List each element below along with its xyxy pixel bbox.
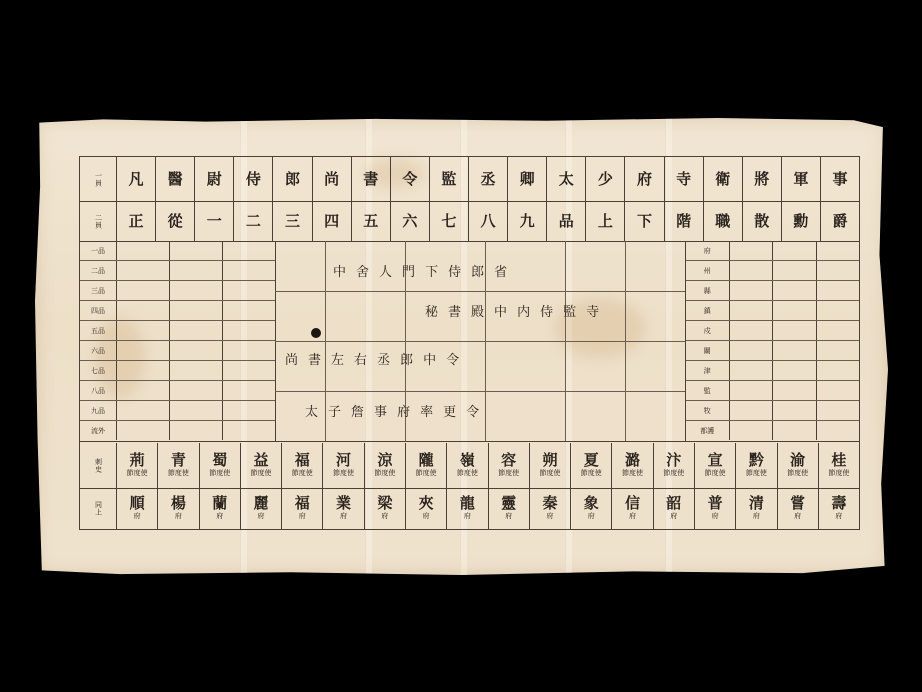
office-row: 中舍人門下侍郎省 <box>333 261 517 280</box>
top-band-2: 二員 正 從 一 二 三 四 五 六 七 八 九 品 上 下 階 職 散 勳 爵 <box>80 201 859 242</box>
top-cell: 丞 <box>469 157 508 201</box>
top-cell: 衛 <box>704 157 743 201</box>
top-cell: 太 <box>547 157 586 201</box>
prefecture-cell: 象府 <box>571 488 612 529</box>
bottom-band-1: 刺史 荊節度使 青節度使 蜀節度使 益節度使 福節度使 河節度使 涼節度使 隴節… <box>80 443 859 489</box>
bottom-band-2: 同上 順府 楊府 蘭府 麗府 福府 業府 梁府 夾府 龍府 靈府 秦府 象府 信… <box>80 488 859 529</box>
governor-cell: 荊節度使 <box>117 443 158 488</box>
prefecture-cell: 業府 <box>323 488 364 529</box>
row-label: 二員 <box>80 201 117 241</box>
left-rank-table: 一品 二品 三品 四品 五品 六品 七品 八品 九品 流外 <box>80 241 276 441</box>
top-cell: 侍 <box>234 157 273 201</box>
rank-row: 一品 <box>80 241 275 261</box>
region-row: 監 <box>686 381 859 401</box>
prefecture-cell: 福府 <box>282 488 323 529</box>
row-label: 一員 <box>80 157 117 201</box>
top-cell: 卿 <box>508 157 547 201</box>
prefecture-cell: 韶府 <box>654 488 695 529</box>
top-cell: 職 <box>704 201 743 241</box>
region-row: 鎮 <box>686 301 859 321</box>
governor-cell: 容節度使 <box>489 443 530 488</box>
top-cell: 散 <box>743 201 782 241</box>
governor-cell: 福節度使 <box>282 443 323 488</box>
prefecture-cell: 靈府 <box>489 488 530 529</box>
office-row: 尚書左右丞郎中令 <box>285 349 469 368</box>
top-cell: 郎 <box>273 157 312 201</box>
top-cell: 四 <box>313 201 352 241</box>
top-cell: 少 <box>586 157 625 201</box>
top-cell: 事 <box>821 157 859 201</box>
governor-cell: 桂節度使 <box>819 443 859 488</box>
top-cell: 上 <box>586 201 625 241</box>
top-cell: 尉 <box>195 157 234 201</box>
rank-row: 四品 <box>80 301 275 321</box>
center-office-zone: 中舍人門下侍郎省 尚書左右丞郎中令 秘書殿中内侍監寺 太子詹事府率更令 <box>275 241 685 441</box>
prefecture-cell: 信府 <box>612 488 653 529</box>
region-row: 關 <box>686 341 859 361</box>
region-row: 戍 <box>686 321 859 341</box>
governor-cell: 蜀節度使 <box>200 443 241 488</box>
prefecture-cell: 夾府 <box>406 488 447 529</box>
row-label: 同上 <box>80 488 117 529</box>
top-cell: 勳 <box>782 201 821 241</box>
top-cell: 九 <box>508 201 547 241</box>
top-cell: 書 <box>352 157 391 201</box>
top-cell: 爵 <box>821 201 859 241</box>
rank-row: 八品 <box>80 381 275 401</box>
governor-cell: 河節度使 <box>323 443 364 488</box>
region-row: 牧 <box>686 401 859 421</box>
top-band-1: 一員 凡 醫 尉 侍 郎 尚 書 令 監 丞 卿 太 少 府 寺 衛 將 軍 事 <box>80 157 859 202</box>
prefecture-cell: 蘭府 <box>200 488 241 529</box>
prefecture-cell: 麗府 <box>241 488 282 529</box>
governor-cell: 夏節度使 <box>571 443 612 488</box>
prefecture-cell: 秦府 <box>530 488 571 529</box>
top-cell: 將 <box>743 157 782 201</box>
rank-row: 五品 <box>80 321 275 341</box>
region-row: 縣 <box>686 281 859 301</box>
top-cell: 寺 <box>665 157 704 201</box>
rank-row: 九品 <box>80 401 275 421</box>
top-cell: 下 <box>625 201 664 241</box>
top-cell: 八 <box>469 201 508 241</box>
governor-cell: 汴節度使 <box>654 443 695 488</box>
top-cell: 監 <box>430 157 469 201</box>
prefecture-cell: 順府 <box>117 488 158 529</box>
top-cell: 從 <box>156 201 195 241</box>
governor-cell: 黔節度使 <box>736 443 777 488</box>
rank-row: 三品 <box>80 281 275 301</box>
prefecture-cell: 壽府 <box>819 488 859 529</box>
chart-grid: 一員 凡 醫 尉 侍 郎 尚 書 令 監 丞 卿 太 少 府 寺 衛 將 軍 事… <box>79 156 860 530</box>
prefecture-cell: 嘗府 <box>778 488 819 529</box>
top-cell: 令 <box>391 157 430 201</box>
office-row: 秘書殿中内侍監寺 <box>425 301 609 320</box>
top-cell: 五 <box>352 201 391 241</box>
rank-row: 二品 <box>80 261 275 281</box>
top-cell: 六 <box>391 201 430 241</box>
right-region-table: 府 州 縣 鎮 戍 關 津 監 牧 都護 <box>685 241 859 441</box>
top-cell: 凡 <box>117 157 156 201</box>
rank-row: 流外 <box>80 421 275 440</box>
governor-cell: 嶺節度使 <box>447 443 488 488</box>
governor-cell: 涼節度使 <box>365 443 406 488</box>
region-row: 都護 <box>686 421 859 440</box>
region-row: 津 <box>686 361 859 381</box>
prefecture-cell: 普府 <box>695 488 736 529</box>
top-cell: 二 <box>234 201 273 241</box>
top-cell: 七 <box>430 201 469 241</box>
top-cell: 一 <box>195 201 234 241</box>
top-cell: 尚 <box>313 157 352 201</box>
top-cell: 府 <box>625 157 664 201</box>
governor-cell: 渝節度使 <box>778 443 819 488</box>
governor-cell: 朔節度使 <box>530 443 571 488</box>
top-cell: 階 <box>665 201 704 241</box>
governor-cell: 青節度使 <box>158 443 199 488</box>
rank-row: 六品 <box>80 341 275 361</box>
governor-cell: 宣節度使 <box>695 443 736 488</box>
middle-region: 一品 二品 三品 四品 五品 六品 七品 八品 九品 流外 中舍人門下侍郎省 <box>80 241 859 442</box>
top-cell: 品 <box>547 201 586 241</box>
ink-dot <box>311 328 321 338</box>
prefecture-cell: 梁府 <box>365 488 406 529</box>
governor-cell: 潞節度使 <box>612 443 653 488</box>
row-label: 刺史 <box>80 443 117 488</box>
prefecture-cell: 清府 <box>736 488 777 529</box>
prefecture-cell: 龍府 <box>447 488 488 529</box>
prefecture-cell: 楊府 <box>158 488 199 529</box>
region-row: 州 <box>686 261 859 281</box>
top-cell: 正 <box>117 201 156 241</box>
governor-cell: 益節度使 <box>241 443 282 488</box>
rank-row: 七品 <box>80 361 275 381</box>
top-cell: 醫 <box>156 157 195 201</box>
top-cell: 軍 <box>782 157 821 201</box>
region-row: 府 <box>686 241 859 261</box>
governor-cell: 隴節度使 <box>406 443 447 488</box>
office-row: 太子詹事府率更令 <box>305 401 489 420</box>
top-cell: 三 <box>273 201 312 241</box>
